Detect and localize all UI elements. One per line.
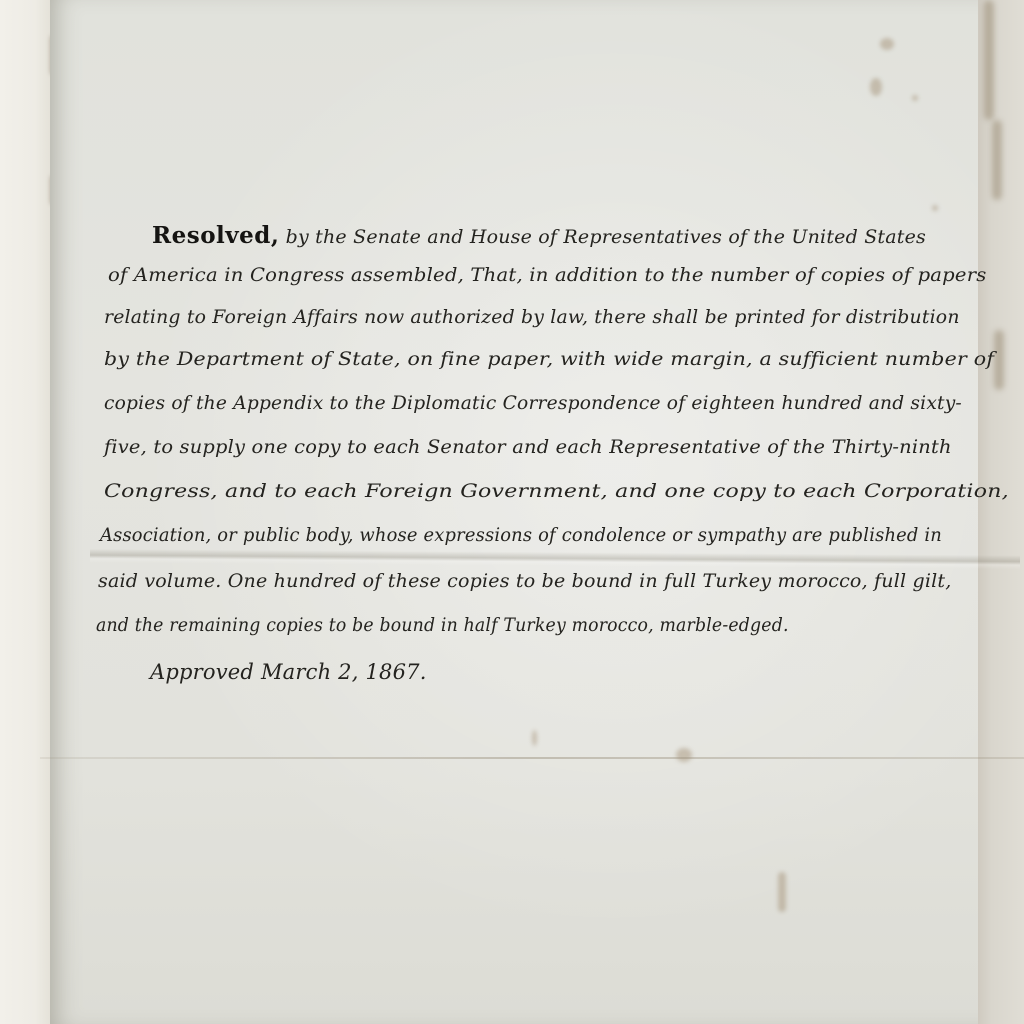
approval-date: Approved March 2, 1867. — [150, 660, 427, 684]
text-line-7: Congress, and to each Foreign Government… — [104, 480, 1009, 502]
text-line-9: said volume. One hundred of these copies… — [98, 570, 952, 592]
text-line-8: Association, or public body, whose expre… — [100, 524, 942, 546]
text-line-6: five, to supply one copy to each Senator… — [104, 436, 952, 458]
text-line-4: by the Department of State, on fine pape… — [104, 348, 994, 370]
resolved-heading: Resolved, — [152, 222, 279, 249]
document-photo: Resolved, by the Senate and House of Rep… — [0, 0, 1024, 1024]
resolution-text: Resolved, by the Senate and House of Rep… — [0, 0, 1024, 1024]
text-line-10: and the remaining copies to be bound in … — [96, 614, 789, 636]
text-line-1: Resolved, by the Senate and House of Rep… — [152, 222, 926, 249]
text-line-5: copies of the Appendix to the Diplomatic… — [104, 392, 962, 414]
text-line-2: of America in Congress assembled, That, … — [108, 264, 987, 286]
text-line-3: relating to Foreign Affairs now authoriz… — [104, 306, 960, 328]
